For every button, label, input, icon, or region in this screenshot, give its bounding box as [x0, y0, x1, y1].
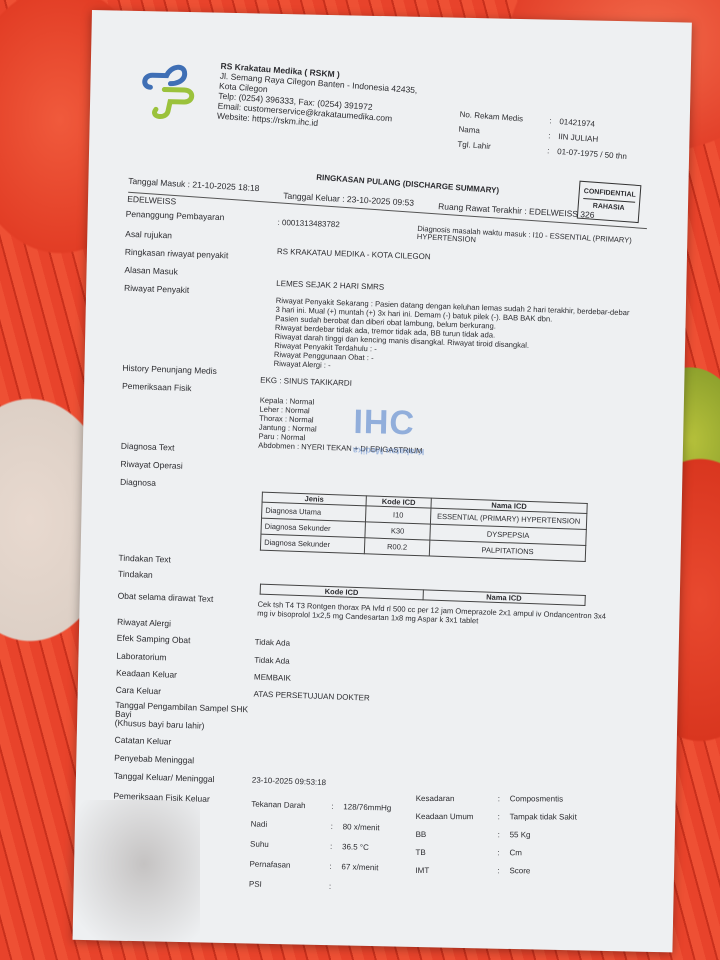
referral-value: RS KRAKATAU MEDIKA - KOTA CILEGON — [277, 247, 431, 261]
vitals-right: Kesadaran:Composmentis Keadaan Umum:Tamp… — [415, 789, 576, 880]
payer-value: : 0001313483782 — [277, 218, 340, 229]
payer-label: Penanggung Pembayaran — [125, 209, 224, 222]
discharge-summary-paper: RS Krakatau Medika ( RSKM ) Jl. Semang R… — [73, 10, 692, 952]
discharge-date: Tanggal Keluar : 23-10-2025 09:53 — [283, 190, 414, 207]
procedure-text-label: Tindakan Text — [118, 553, 171, 565]
surgery-history-label: Riwayat Operasi — [120, 459, 183, 471]
procedure-label: Tindakan — [118, 569, 153, 580]
lab-label: Laboratorium — [116, 651, 166, 663]
medication-label: Obat selama dirawat Text — [117, 591, 213, 604]
vital-weight: BB:55 Kg — [416, 825, 577, 844]
discharge-datetime-label: Tanggal Keluar/ Meninggal — [114, 771, 215, 785]
discharge-method-label: Cara Keluar — [116, 685, 162, 697]
reason-label: Alasan Masuk — [124, 265, 178, 277]
supporting-history-value: EKG : SINUS TAKIKARDI — [260, 376, 352, 388]
discharge-physical-exam-label: Pemeriksaan Fisik Keluar — [113, 791, 210, 804]
vital-consciousness: Kesadaran:Composmentis — [416, 789, 577, 808]
diagnosis-text-label: Diagnosa Text — [121, 441, 175, 453]
allergy-label: Riwayat Alergi — [117, 617, 171, 629]
discharge-method-value: ATAS PERSETUJUAN DOKTER — [253, 690, 369, 703]
disease-history-text: Riwayat Penyakit Sekarang : Pasien datan… — [274, 296, 630, 380]
shk-sample-label: Tanggal Pengambilan Sampel SHK Bayi (Khu… — [115, 701, 249, 733]
history-summary-label: Ringkasan riwayat penyakit — [125, 247, 229, 261]
hospital-logo-icon — [140, 59, 197, 120]
discharge-condition-label: Keadaan Keluar — [116, 668, 177, 680]
referral-label: Asal rujukan — [125, 229, 172, 241]
lab-value: Tidak Ada — [254, 656, 290, 666]
disease-history-label: Riwayat Penyakit — [124, 283, 190, 295]
side-effect-value: Tidak Ada — [255, 638, 291, 648]
vital-height: TB:Cm — [416, 843, 577, 862]
ihc-stamp-subtitle: Krakatau Medika — [353, 446, 425, 457]
hospital-info: RS Krakatau Medika ( RSKM ) Jl. Semang R… — [217, 61, 419, 135]
discharge-notes-label: Catatan Keluar — [114, 735, 171, 747]
patient-info: No. Rekam Medis:01421974 Nama:IIN JULIAH… — [457, 110, 630, 167]
diagnosis-icd-table: Jenis Kode ICD Nama ICD Diagnosa Utama I… — [260, 492, 588, 562]
vital-bmi: IMT:Score — [415, 861, 576, 880]
diagnosis-label: Diagnosa — [120, 477, 156, 488]
physical-exam-label: Pemeriksaan Fisik — [122, 381, 192, 393]
death-cause-label: Penyebab Meninggal — [114, 753, 194, 766]
admission-date: Tanggal Masuk : 21-10-2025 18:18 — [128, 176, 260, 193]
vital-psi: PSI: — [249, 873, 412, 898]
side-effect-label: Efek Samping Obat — [117, 633, 191, 646]
discharge-datetime-value: 23-10-2025 09:53:18 — [252, 776, 327, 788]
discharge-condition-value: MEMBAIK — [254, 673, 291, 683]
supporting-history-label: History Penunjang Medis — [122, 363, 217, 376]
admission-diagnosis: Diagnosis masalah waktu masuk : I10 - ES… — [417, 225, 638, 253]
vitals-left: Tekanan Darah:128/76mmHg Nadi:80 x/menit… — [249, 794, 414, 899]
reason-value: LEMES SEJAK 2 HARI SMRS — [276, 279, 384, 292]
vital-general-condition: Keadaan Umum:Tampak tidak Sakit — [416, 807, 577, 826]
ihc-stamp-icon: IHC — [353, 401, 415, 441]
